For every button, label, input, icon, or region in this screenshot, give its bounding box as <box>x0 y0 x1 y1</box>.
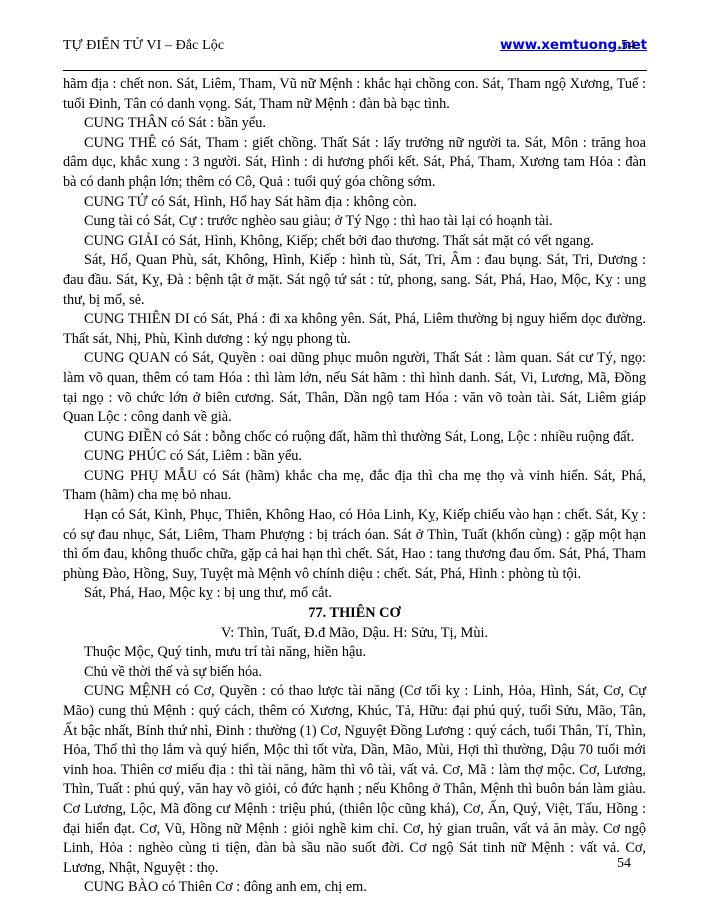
paragraph: Sát, Hổ, Quan Phù, sát, Không, Hình, Kiế… <box>63 251 646 310</box>
paragraph: hãm địa : chết non. Sát, Liêm, Tham, Vũ … <box>63 75 646 114</box>
section-heading: 77. THIÊN CƠ <box>63 604 646 624</box>
paragraph: CUNG THÂN có Sát : bần yểu. <box>63 114 646 134</box>
document-title: TỰ ĐIỂN TỬ VI – Đắc Lộc <box>63 38 224 54</box>
page-header: TỰ ĐIỂN TỬ VI – Đắc Lộc www.xemtuong.net… <box>63 38 647 60</box>
section-subtitle: V: Thìn, Tuất, Đ.đ Mão, Dậu. H: Sửu, Tị,… <box>63 624 646 644</box>
paragraph: CUNG THÊ có Sát, Tham : giết chồng. Thất… <box>63 134 646 193</box>
paragraph: Chủ về thời thế và sự biến hóa. <box>63 663 646 683</box>
paragraph: Hạn có Sát, Kình, Phục, Thiên, Không Hao… <box>63 506 646 584</box>
paragraph: CUNG BÀO có Thiên Cơ : đông anh em, chị … <box>63 878 646 898</box>
footer-page-number: 54 <box>617 856 631 872</box>
paragraph: CUNG THIÊN DI có Sát, Phá : đi xa không … <box>63 310 646 349</box>
paragraph: CUNG PHÚC có Sát, Liêm : bần yểu. <box>63 447 646 467</box>
page-body: hãm địa : chết non. Sát, Liêm, Tham, Vũ … <box>63 75 646 898</box>
paragraph: Thuộc Mộc, Quý tinh, mưu trí tài năng, h… <box>63 643 646 663</box>
paragraph: CUNG ĐIỀN có Sát : bỗng chốc có ruộng đấ… <box>63 428 646 448</box>
paragraph: CUNG PHỤ MẪU có Sát (hãm) khắc cha mẹ, đ… <box>63 467 646 506</box>
paragraph: Sát, Phá, Hao, Mộc kỵ : bị ung thư, mổ c… <box>63 584 646 604</box>
paragraph: CUNG TỬ có Sát, Hình, Hổ hay Sát hãm địa… <box>63 193 646 213</box>
header-page-number: 54 <box>621 38 635 54</box>
header-divider <box>63 70 647 71</box>
paragraph: CUNG GIẢI có Sát, Hình, Không, Kiếp; chế… <box>63 232 646 252</box>
paragraph: CUNG QUAN có Sát, Quyền : oai dũng phục … <box>63 349 646 427</box>
paragraph: CUNG MỆNH có Cơ, Quyền : có thao lược tà… <box>63 682 646 878</box>
paragraph: Cung tài có Sát, Cự : trước nghèo sau gi… <box>63 212 646 232</box>
